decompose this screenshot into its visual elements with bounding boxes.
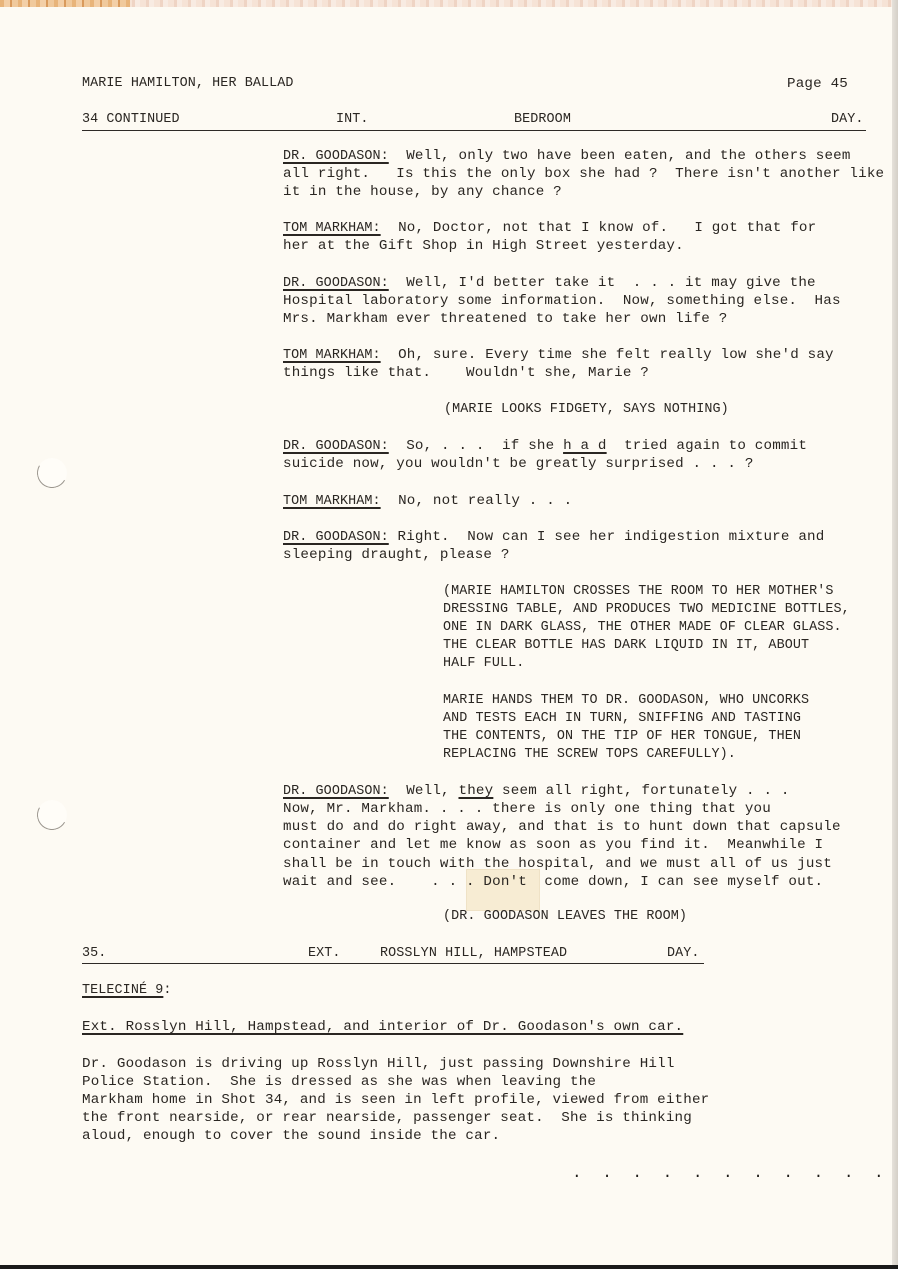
dialogue-line: DR. GOODASON: Well, only two have been e… [283,147,851,166]
stage-direction: AND TESTS EACH IN TURN, SNIFFING AND TAS… [443,710,801,728]
dialogue-line: Hospital laboratory some information. No… [283,292,841,310]
dialogue-line: all right. Is this the only box she had … [283,165,884,183]
dialogue-line: wait and see. . . . Don't come down, I c… [283,873,823,891]
scene-location: BEDROOM [514,111,571,129]
dialogue-line: sleeping draught, please ? [283,546,510,564]
dialogue-line: container and let me know as soon as you… [283,836,823,854]
dialogue-line: TOM MARKHAM: Oh, sure. Every time she fe… [283,346,834,365]
stage-direction: DRESSING TABLE, AND PRODUCES TWO MEDICIN… [443,601,850,619]
script-page: MARIE HAMILTON, HER BALLAD Page 45 34 CO… [0,0,898,1265]
dialogue-line: DR. GOODASON: So, . . . if she h a d tri… [283,437,807,456]
speaker-name: DR. GOODASON: [283,276,389,291]
speaker-name: DR. GOODASON: [283,439,389,454]
punch-hole-icon [34,797,71,834]
page-right-edge [892,0,898,1265]
stage-direction: THE CONTENTS, ON THE TIP OF HER TONGUE, … [443,728,801,746]
script-title: MARIE HAMILTON, HER BALLAD [82,75,294,93]
dialogue-line: Mrs. Markham ever threatened to take her… [283,310,727,328]
dialogue-line: must do and do right away, and that is t… [283,818,841,836]
dialogue-line: things like that. Wouldn't she, Marie ? [283,364,649,382]
scene-number: 35. [82,945,106,963]
speaker-name: TOM MARKHAM: [283,348,381,363]
dialogue-line: Now, Mr. Markham. . . . there is only on… [283,800,771,818]
stage-direction: (DR. GOODASON LEAVES THE ROOM) [443,908,687,926]
speaker-name: DR. GOODASON: [283,149,389,164]
page-number: Page 45 [787,75,848,93]
page-top-edge [0,0,898,7]
stage-direction: MARIE HANDS THEM TO DR. GOODASON, WHO UN… [443,692,809,710]
action-line: aloud, enough to cover the sound inside … [82,1127,500,1145]
scene-heading-rule [82,963,704,964]
dialogue-line: it in the house, by any chance ? [283,183,562,201]
speaker-name: DR. GOODASON: [283,530,389,545]
telecine-label: TELECINÉ 9: [82,982,172,1000]
action-line: Markham home in Shot 34, and is seen in … [82,1091,709,1109]
dialogue-line: TOM MARKHAM: No, Doctor, not that I know… [283,219,816,238]
scene-location: ROSSLYN HILL, HAMPSTEAD [380,945,567,963]
dialogue-line: her at the Gift Shop in High Street yest… [283,237,684,255]
emphasis: h a d [563,438,607,454]
stage-direction: (MARIE LOOKS FIDGETY, SAYS NOTHING) [444,401,729,419]
stage-direction: REPLACING THE SCREW TOPS CAREFULLY). [443,746,736,764]
patched-word: Don't [483,874,527,890]
dialogue-line: suicide now, you wouldn't be greatly sur… [283,455,754,473]
scene-time: DAY. [831,111,864,129]
stage-direction: THE CLEAR BOTTLE HAS DARK LIQUID IN IT, … [443,637,809,655]
scene-location-type: INT. [336,111,369,129]
emphasis: they [458,783,493,799]
continuation-mark: . . . . . . . . . . . . / [572,1164,898,1182]
scene-location-type: EXT. [308,945,341,963]
action-line: the front nearside, or rear nearside, pa… [82,1109,692,1127]
stage-direction: (MARIE HAMILTON CROSSES THE ROOM TO HER … [443,583,834,601]
dialogue-line: shall be in touch with the hospital, and… [283,855,832,873]
action-line: Dr. Goodason is driving up Rosslyn Hill,… [82,1055,675,1073]
punch-hole-icon [34,455,71,492]
telecine-heading: Ext. Rosslyn Hill, Hampstead, and interi… [82,1018,683,1036]
speaker-name: TOM MARKHAM: [283,221,381,236]
scene-number: 34 CONTINUED [82,111,180,129]
scene-heading-rule [82,130,866,131]
dialogue-line: DR. GOODASON: Well, they seem all right,… [283,782,790,801]
action-line: Police Station. She is dressed as she wa… [82,1073,596,1091]
stage-direction: HALF FULL. [443,655,524,673]
dialogue-line: DR. GOODASON: Right. Now can I see her i… [283,528,824,547]
speaker-name: DR. GOODASON: [283,784,389,799]
dialogue-line: TOM MARKHAM: No, not really . . . [283,492,572,511]
speaker-name: TOM MARKHAM: [283,494,381,509]
dialogue-line: DR. GOODASON: Well, I'd better take it .… [283,274,816,293]
stage-direction: ONE IN DARK GLASS, THE OTHER MADE OF CLE… [443,619,842,637]
scene-time: DAY. [667,945,700,963]
